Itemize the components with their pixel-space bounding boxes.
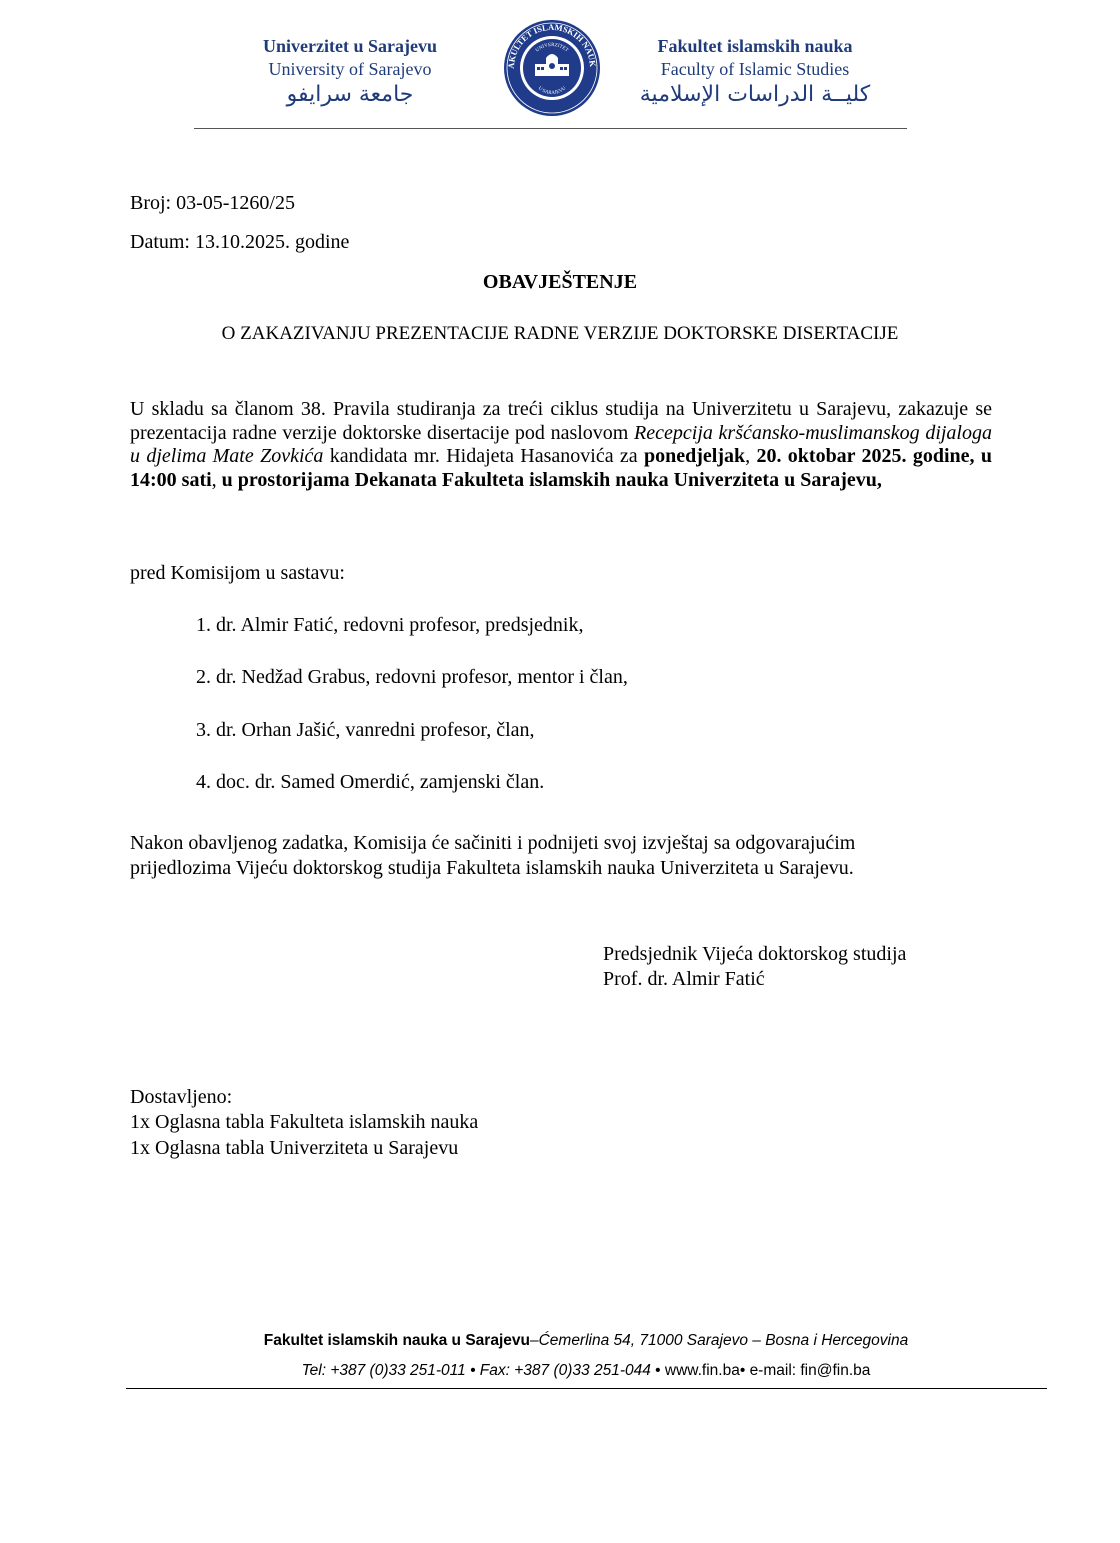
footer-contact: Tel: +387 (0)33 251-011 • Fax: +387 (0)3… xyxy=(126,1362,1046,1380)
faculty-seal-logo: FAKULTET ISLAMSKIH NAUKA UNIVERZITET U S… xyxy=(502,18,602,118)
faculty-name-en: Faculty of Islamic Studies xyxy=(620,58,890,80)
delivered-item: 1x Oglasna tabla Univerziteta u Sarajevu xyxy=(130,1136,458,1160)
university-name-en: University of Sarajevo xyxy=(200,58,500,80)
commission-member: 4. doc. dr. Samed Omerdić, zamjenski čla… xyxy=(196,770,544,794)
footer-org: Fakultet islamskih nauka u Sarajevu xyxy=(264,1332,530,1349)
commission-member: 3. dr. Orhan Jašić, vanredni profesor, č… xyxy=(196,718,535,742)
footer-street: –Ćemerlina 54, 71000 Sarajevo – Bosna i … xyxy=(530,1332,908,1349)
signature-role: Predsjednik Vijeća doktorskog studija xyxy=(603,942,906,966)
footer-web-email[interactable]: • www.fin.ba• e-mail: fin@fin.ba xyxy=(651,1362,871,1379)
university-name-ar: جامعة سرايفو xyxy=(200,80,500,110)
document-number: Broj: 03-05-1260/25 xyxy=(130,191,295,215)
footer-divider xyxy=(126,1388,1047,1389)
signature-name: Prof. dr. Almir Fatić xyxy=(603,967,765,991)
footer-address: Fakultet islamskih nauka u Sarajevu–Ćeme… xyxy=(126,1332,1046,1350)
separator: , xyxy=(745,445,756,467)
delivered-label: Dostavljeno: xyxy=(130,1085,232,1109)
header-faculty: Fakultet islamskih nauka Faculty of Isla… xyxy=(620,34,890,110)
presentation-location: u prostorijama Dekanata Fakulteta islams… xyxy=(222,469,882,491)
presentation-day: ponedjeljak xyxy=(644,445,745,467)
document-subtitle: O ZAKAZIVANJU PREZENTACIJE RADNE VERZIJE… xyxy=(0,322,1120,346)
faculty-name-ar: كليــة الدراسات الإسلامية xyxy=(620,80,890,110)
university-name-bs: Univerzitet u Sarajevu xyxy=(200,34,500,58)
faculty-name-bs: Fakultet islamskih nauka xyxy=(620,34,890,58)
header-university: Univerzitet u Sarajevu University of Sar… xyxy=(200,34,500,110)
commission-intro: pred Komisijom u sastavu: xyxy=(130,561,345,585)
separator: , xyxy=(212,469,222,491)
document-date: Datum: 13.10.2025. godine xyxy=(130,230,349,254)
closing-line-2: prijedlozima Vijeću doktorskog studija F… xyxy=(130,856,854,880)
closing-line-1: Nakon obavljenog zadatka, Komisija će sa… xyxy=(130,831,855,855)
commission-member: 1. dr. Almir Fatić, redovni profesor, pr… xyxy=(196,613,583,637)
document-title: OBAVJEŠTENJE xyxy=(0,270,1120,294)
paragraph-text: kandidata mr. Hidajeta Hasanovića za xyxy=(323,445,644,467)
announcement-paragraph: U skladu sa članom 38. Pravila studiranj… xyxy=(130,398,992,492)
commission-member: 2. dr. Nedžad Grabus, redovni profesor, … xyxy=(196,665,628,689)
header-divider xyxy=(194,128,907,129)
delivered-item: 1x Oglasna tabla Fakulteta islamskih nau… xyxy=(130,1110,478,1134)
footer-phone-fax: Tel: +387 (0)33 251-011 • Fax: +387 (0)3… xyxy=(302,1362,651,1379)
